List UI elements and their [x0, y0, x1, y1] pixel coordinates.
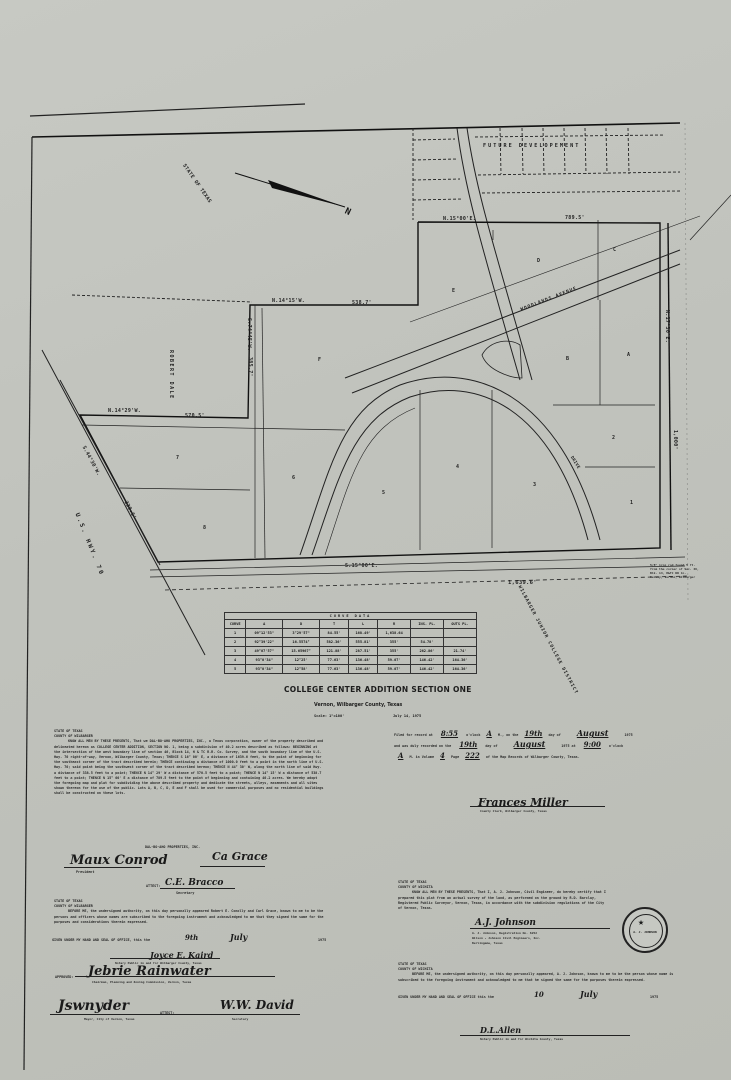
cell: 355': [378, 638, 411, 647]
filing-text: M., on the: [498, 733, 518, 737]
cell: 121.88': [320, 647, 349, 656]
filing-text: o'clock: [466, 733, 480, 737]
mayor-attest-label: ATTEST:: [160, 1011, 174, 1015]
filing-month: August: [563, 728, 623, 738]
filing-volume: 4: [436, 751, 449, 760]
filing-text: day of: [485, 744, 497, 748]
distance-top-north: 789.5': [565, 215, 585, 221]
cell: 5: [225, 665, 246, 674]
bearing-east: N.17°30'E.: [664, 310, 670, 343]
lot-3: 3: [533, 482, 536, 488]
engineer-caption-3: Burlingame, Texas: [472, 941, 503, 945]
lot-d: D: [537, 258, 540, 264]
cell: 59.07': [378, 656, 411, 665]
notary-right-day: 10: [534, 990, 544, 999]
header-cell: D: [283, 620, 320, 629]
north-arrow-icon: N: [235, 173, 352, 218]
signature-line: [75, 976, 275, 977]
approved-caption: Chairman, Planning and Zoning Commission…: [92, 980, 191, 984]
lot-4: 4: [456, 464, 459, 470]
table-row: 349°07'57"15.65967°121.88'287.51'355'262…: [225, 647, 477, 656]
cell: 2: [225, 638, 246, 647]
recorded-day: 19th: [453, 740, 483, 749]
owner-company: DAL-BO-AHO PROPERTIES, INC.: [145, 845, 200, 849]
notary-left: STATE OF TEXAS COUNTY OF WILBARGER BEFOR…: [54, 899, 324, 925]
cell: 287.51': [349, 647, 378, 656]
attest-signature: C.E. Bracco: [165, 878, 223, 888]
cell: 93°0'34": [246, 656, 283, 665]
document-title: COLLEGE CENTER ADDITION SECTION ONE: [284, 685, 472, 694]
header-cell: R: [378, 620, 411, 629]
approved-label: APPROVED:: [55, 975, 73, 979]
lot-2: 2: [612, 435, 615, 441]
cell: 54.78': [411, 638, 444, 647]
cell: 49°07'57": [246, 647, 283, 656]
cell: 555.81': [349, 638, 378, 647]
distance-dale: 385.7': [247, 357, 253, 377]
cell: 92°39'22": [246, 638, 283, 647]
header-cell: OUTS PL.: [444, 620, 477, 629]
filing-text: o'clock: [609, 744, 623, 748]
bearing-west: N.14°29'W.: [108, 408, 141, 414]
signature-line: [50, 1014, 300, 1015]
table-row: 493°0'34"12°25'77.63'136.48'59.07'146.42…: [225, 656, 477, 665]
signature-line: [460, 1035, 630, 1036]
lot-c: C: [613, 247, 616, 253]
cell: 3: [225, 647, 246, 656]
clerk-caption: County Clerk, Wilbarger County, Texas: [480, 809, 547, 813]
attest-label: ATTEST:: [146, 884, 160, 888]
future-development-label: FUTURE DEVELOPEMENT: [483, 143, 580, 149]
president-caption: President: [76, 870, 94, 874]
notary-right: STATE OF TEXAS COUNTY OF WICHITA BEFORE …: [398, 962, 688, 983]
distance-west: 570.5': [185, 413, 205, 419]
cell: 21.74': [444, 647, 477, 656]
notary-left-day: 9th: [185, 933, 198, 942]
cell: 93°0'34": [246, 665, 283, 674]
cell: 77.63': [320, 656, 349, 665]
cell: 146.42': [411, 656, 444, 665]
notary-right-month: July: [580, 989, 597, 999]
seal-name: A. J. JOHNSON: [628, 930, 662, 934]
president-signature: Maux Conrod: [70, 853, 168, 868]
filing-text: Filed for record at: [394, 733, 433, 737]
recorded-time: 9:00: [578, 740, 607, 749]
recorded-ampm: A: [394, 751, 407, 760]
filing-text: 1975 at: [561, 744, 575, 748]
filing-text: day of: [549, 733, 561, 737]
cell: 262.86': [411, 647, 444, 656]
filing-text: Page: [451, 755, 459, 759]
distance-total-south: 1,639.6': [508, 580, 537, 586]
cell: 168.49': [349, 629, 378, 638]
engineer-seal: ★ A. J. JOHNSON: [622, 907, 668, 953]
signature-line: [110, 958, 220, 959]
cell: 136.48': [349, 665, 378, 674]
table-row: 593°0'34"12°58'77.63'136.48'59.07'146.42…: [225, 665, 477, 674]
cell: 582.36': [320, 638, 349, 647]
curve-data-table: CURVE DATA CURVE Δ D T L R INS. PL. OUTS…: [224, 612, 477, 674]
owner-secretary-caption: Secretary: [176, 891, 194, 895]
owner-body-text: KNOW ALL MEN BY THESE PRESENTS, That we …: [54, 739, 324, 796]
notary-left-month: July: [230, 932, 247, 942]
cell: 12°25': [283, 656, 320, 665]
cell: 146.42': [411, 665, 444, 674]
notary-left-body: BEFORE ME, the undersigned authority, on…: [54, 909, 324, 925]
filing-day: 19th: [520, 729, 546, 738]
lot-f: F: [318, 357, 321, 363]
mayor-caption: Mayor, City of Vernon, Texas: [84, 1017, 135, 1021]
filing-text: and was duly recorded on the: [394, 744, 451, 748]
lot-6: 6: [292, 475, 295, 481]
cell: 59.07': [378, 665, 411, 674]
header-cell: T: [320, 620, 349, 629]
lot-7: 7: [176, 455, 179, 461]
signature-line: [160, 888, 235, 889]
engineer-caption-2: Wilson - Johnson Civil Engineers, Inc.: [472, 936, 541, 940]
header-cell: CURVE: [225, 620, 246, 629]
lot-e: E: [452, 288, 455, 294]
cell: 136.48': [349, 656, 378, 665]
cell: 84.55': [320, 629, 349, 638]
curve-table-caption: CURVE DATA: [225, 613, 477, 620]
notary-right-year: 1975: [650, 995, 658, 999]
cell: 15.65967°: [283, 647, 320, 656]
cell: 355': [378, 647, 411, 656]
engineer-signature: A.J. Johnson: [475, 918, 536, 928]
clerk-signature: Frances Miller: [478, 796, 568, 809]
cell: 4: [225, 656, 246, 665]
distance-mid-north: 538.7': [352, 300, 372, 306]
table-row: 109°12'53"3°29'57"84.55'168.49'1,638.64: [225, 629, 477, 638]
svg-text:N: N: [343, 206, 352, 217]
header-cell: INS. PL.: [411, 620, 444, 629]
curve-table-header: CURVE Δ D T L R INS. PL. OUTS PL.: [225, 620, 477, 629]
cell: [444, 629, 477, 638]
cell: [411, 629, 444, 638]
signature-line: [470, 806, 605, 807]
cell: 1,638.64: [378, 629, 411, 638]
lot-8: 8: [203, 525, 206, 531]
lot-a: A: [627, 352, 630, 358]
cell: 1: [225, 629, 246, 638]
document-scale: Scale: 1"=100': [314, 714, 344, 718]
notary-right-caption: Notary Public in and for Wichita County,…: [480, 1037, 563, 1041]
corner-note: 5/8" iron rod found 5 ft. from the corne…: [650, 563, 700, 579]
bearing-dale: S.74°45'W.: [246, 318, 252, 351]
cell: [444, 638, 477, 647]
notary-right-body: BEFORE ME, the undersigned authority, on…: [398, 972, 688, 982]
cell: 12°58': [283, 665, 320, 674]
filing-record: Filed for record at 8:55 o'clock A M., o…: [394, 729, 694, 762]
second-signature: Ca Grace: [212, 850, 268, 863]
filing-year: 1975: [625, 733, 633, 737]
distance-east: 1,000': [672, 430, 678, 450]
table-row: 292°39'22"16.5574°582.36'555.81'355'54.7…: [225, 638, 477, 647]
filing-text: of the Map Records of Wilbarger County, …: [486, 755, 580, 759]
engineer-body: KNOW ALL MEN BY THESE PRESENTS, That I, …: [398, 890, 608, 911]
header-cell: L: [349, 620, 378, 629]
engineer-caption-1: A. J. Johnson, Registration No. 6252: [472, 931, 537, 935]
star-icon: ★: [638, 918, 644, 928]
bearing-mid-north: N.14°15'W.: [272, 298, 305, 304]
cell: 164.36': [444, 656, 477, 665]
filing-page: 222: [461, 751, 484, 760]
filing-text: M. in Volume: [409, 755, 434, 759]
cell: 3°29'57": [283, 629, 320, 638]
recorded-month: August: [500, 739, 560, 749]
notary-right-signature: D.L.Allen: [480, 1025, 521, 1035]
cell: 09°12'53": [246, 629, 283, 638]
robert-dale-label: ROBERT DALE: [168, 350, 174, 400]
engineer-certificate: STATE OF TEXAS COUNTY OF WICHITA KNOW AL…: [398, 880, 608, 911]
cell: 16.5574°: [283, 638, 320, 647]
document-subtitle: Vernon, Wilbarger County, Texas: [314, 703, 402, 708]
signature-line: [470, 928, 610, 929]
mayor-signature: Jswnyder: [58, 998, 129, 1014]
bearing-top-north: N.15°00'E.: [443, 216, 476, 222]
lot-1: 1: [630, 500, 633, 506]
owner-dedication: STATE OF TEXAS COUNTY OF WILBARGER KNOW …: [54, 729, 324, 797]
filing-ampm: A: [482, 729, 495, 738]
secretary-signature: W.W. David: [220, 998, 294, 1012]
notary-left-year: 1975: [318, 938, 326, 942]
lot-5: 5: [382, 490, 385, 496]
notary-left-given: GIVEN UNDER MY HAND AND SEAL OF OFFICE, …: [52, 938, 150, 942]
filing-time: 8:55: [435, 729, 464, 738]
signature-line: [64, 867, 142, 868]
secretary-caption: Secretary: [232, 1017, 248, 1021]
header-cell: Δ: [246, 620, 283, 629]
lot-b: B: [566, 356, 569, 362]
cell: 77.63': [320, 665, 349, 674]
notary-right-given: GIVEN UNDER MY HAND AND SEAL OF OFFICE t…: [398, 995, 494, 999]
document-date: July 14, 1975: [393, 714, 421, 718]
signature-line: [200, 866, 265, 867]
scanned-plat-document: N STATE OF TEXAS FUTURE DEVELOPEMENT ROB…: [0, 0, 731, 1080]
bearing-south: S.15°00'E.: [345, 563, 378, 569]
cell: 164.36': [444, 665, 477, 674]
